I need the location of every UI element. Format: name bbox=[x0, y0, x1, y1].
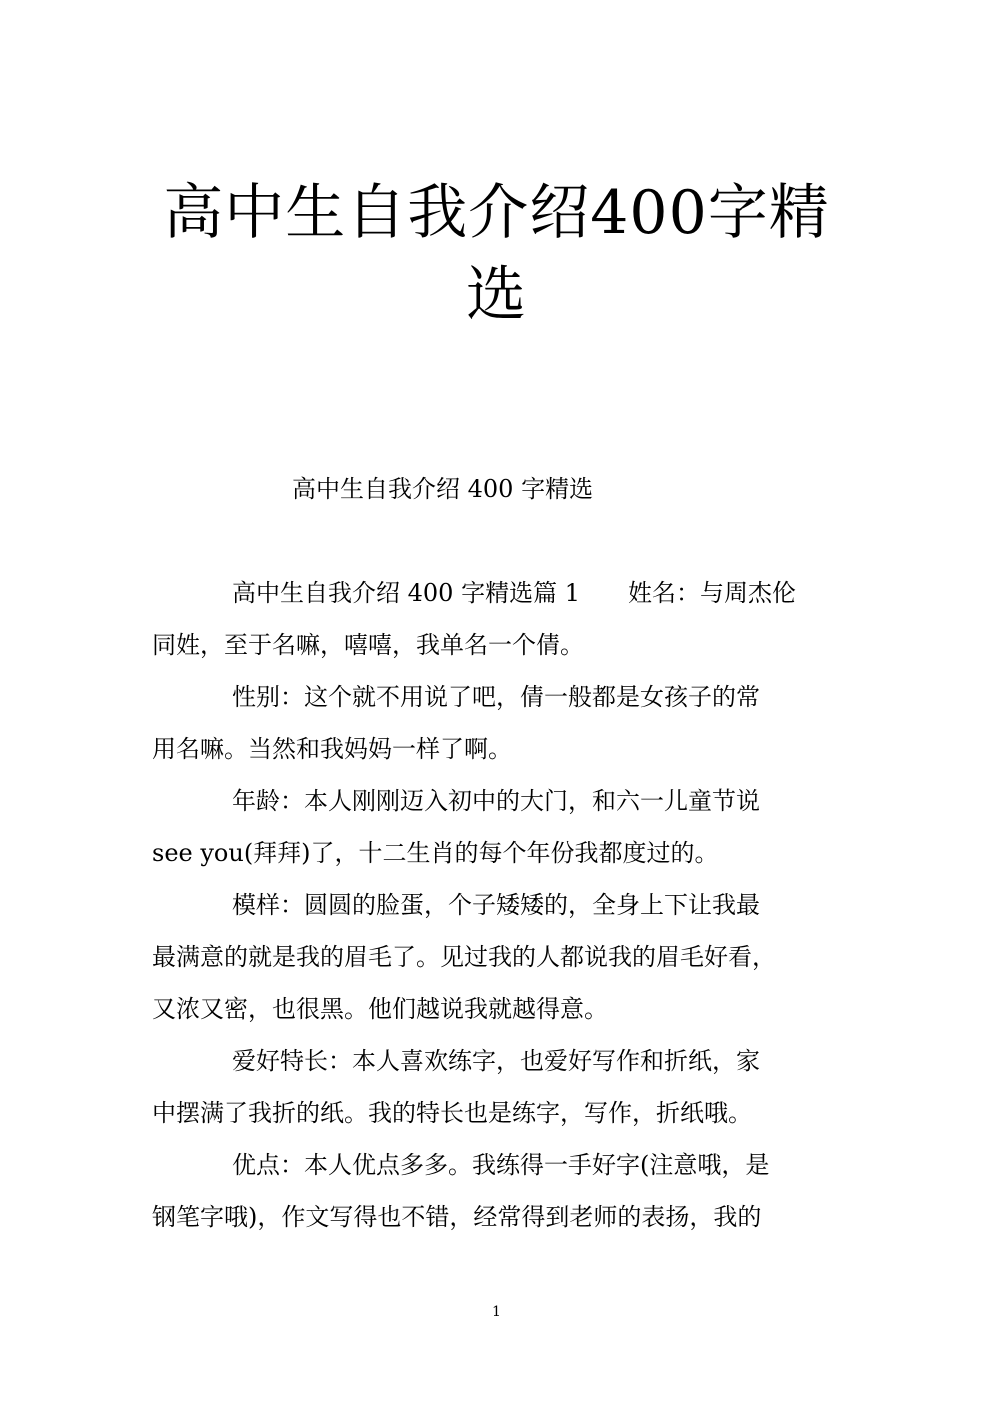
body-line: 年龄：本人刚刚迈入初中的大门，和六一儿童节说 bbox=[232, 784, 760, 818]
body-line: 最满意的就是我的眉毛了。见过我的人都说我的眉毛好看， bbox=[152, 940, 776, 974]
title-line-2: 选 bbox=[466, 260, 527, 330]
body-line: see you(拜拜)了，十二生肖的每个年份我都度过的。 bbox=[152, 836, 719, 870]
title-line-1: 高中生自我介绍400字精 bbox=[163, 178, 830, 248]
body-line: 模样：圆圆的脸蛋，个子矮矮的，全身上下让我最 bbox=[232, 888, 760, 922]
body-line: 用名嘛。当然和我妈妈一样了啊。 bbox=[152, 732, 512, 766]
page-number: 1 bbox=[0, 1303, 993, 1321]
body-line: 优点：本人优点多多。我练得一手好字(注意哦，是 bbox=[232, 1148, 769, 1182]
body-line: 又浓又密，也很黑。他们越说我就越得意。 bbox=[152, 992, 608, 1026]
body-line: 高中生自我介绍 400 字精选篇 1 姓名：与周杰伦 bbox=[232, 576, 796, 610]
document-page: 高中生自我介绍400字精 选 高中生自我介绍 400 字精选 高中生自我介绍 4… bbox=[0, 0, 993, 1404]
body-line: 中摆满了我折的纸。我的特长也是练字，写作，折纸哦。 bbox=[152, 1096, 752, 1130]
document-subtitle: 高中生自我介绍 400 字精选 bbox=[292, 472, 593, 506]
body-line: 钢笔字哦)，作文写得也不错，经常得到老师的表扬，我的 bbox=[152, 1200, 761, 1234]
body-line: 同姓，至于名嘛，嘻嘻，我单名一个倩。 bbox=[152, 628, 584, 662]
document-title: 高中生自我介绍400字精 选 bbox=[150, 172, 843, 336]
body-line: 性别：这个就不用说了吧，倩一般都是女孩子的常 bbox=[232, 680, 760, 714]
body-line: 爱好特长：本人喜欢练字，也爱好写作和折纸，家 bbox=[232, 1044, 760, 1078]
